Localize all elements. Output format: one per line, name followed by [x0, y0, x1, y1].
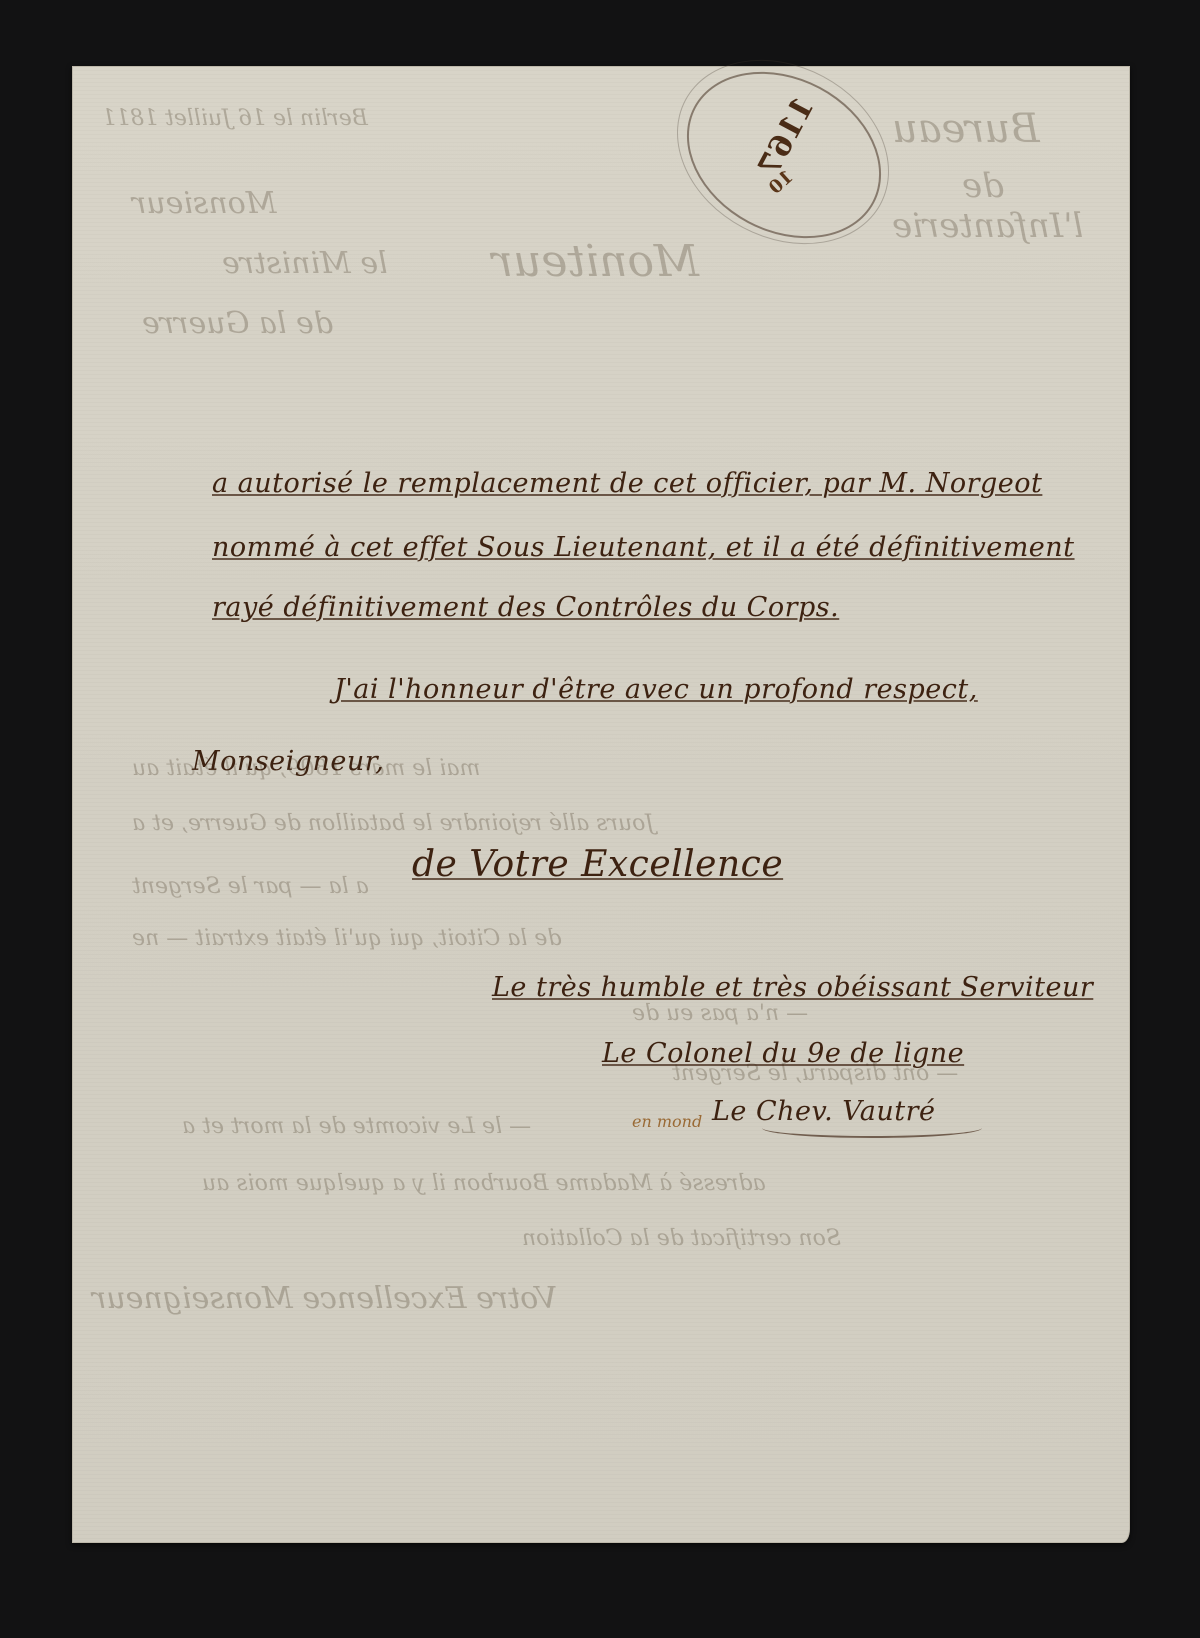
letter-paper: 1167 10 Bureau de l'Infanterie Berlin le…: [72, 66, 1130, 1543]
body-line-1: a autorisé le remplacement de cet offici…: [212, 468, 1042, 499]
bleed-line: de la Guerre: [142, 306, 333, 341]
bleed-line: Son certificat de la Collation: [522, 1226, 841, 1251]
salutation: Monseigneur,: [192, 746, 384, 777]
bleed-line: adressé à Madame Bourbon il y a quelque …: [202, 1171, 766, 1196]
margin-annotation: en mond: [632, 1112, 702, 1131]
closing-line: J'ai l'honneur d'être avec un profond re…: [334, 674, 978, 705]
bleed-line: le Ministre: [222, 246, 388, 281]
bleed-line: de la Citoit, qui qu'il était extrait — …: [132, 926, 562, 951]
stamp-number: 1167: [752, 92, 822, 182]
bleed-date-line: Berlin le 16 Juillet 1811: [102, 106, 368, 131]
body-line-2: nommé à cet effet Sous Lieutenant, et il…: [212, 532, 1075, 563]
excellence-line: de Votre Excellence: [412, 844, 783, 885]
bleed-line: — le Le vicomte de la mort et a: [182, 1114, 531, 1139]
bleed-line: Monsieur: [132, 186, 277, 221]
bleed-header-2: de: [962, 166, 1004, 206]
bleed-line: a la — par le Sergent: [132, 874, 369, 899]
bleed-line: Jours allé rejoindre le bataillon de Gue…: [132, 811, 654, 836]
bleed-header-1: Bureau: [892, 106, 1040, 152]
servant-line: Le très humble et très obéissant Servite…: [492, 972, 1093, 1003]
title-line: Le Colonel du 9e de ligne: [602, 1038, 964, 1069]
bleed-line: — n'a pas eu de: [632, 1001, 808, 1026]
body-line-3: rayé définitivement des Contrôles du Cor…: [212, 592, 839, 623]
bleed-line: Votre Excellence Monseigneur: [92, 1281, 557, 1316]
bleed-header-3: l'Infanterie: [892, 206, 1083, 246]
bleed-line: Moniteur: [492, 236, 699, 287]
signature-flourish: [762, 1118, 982, 1138]
